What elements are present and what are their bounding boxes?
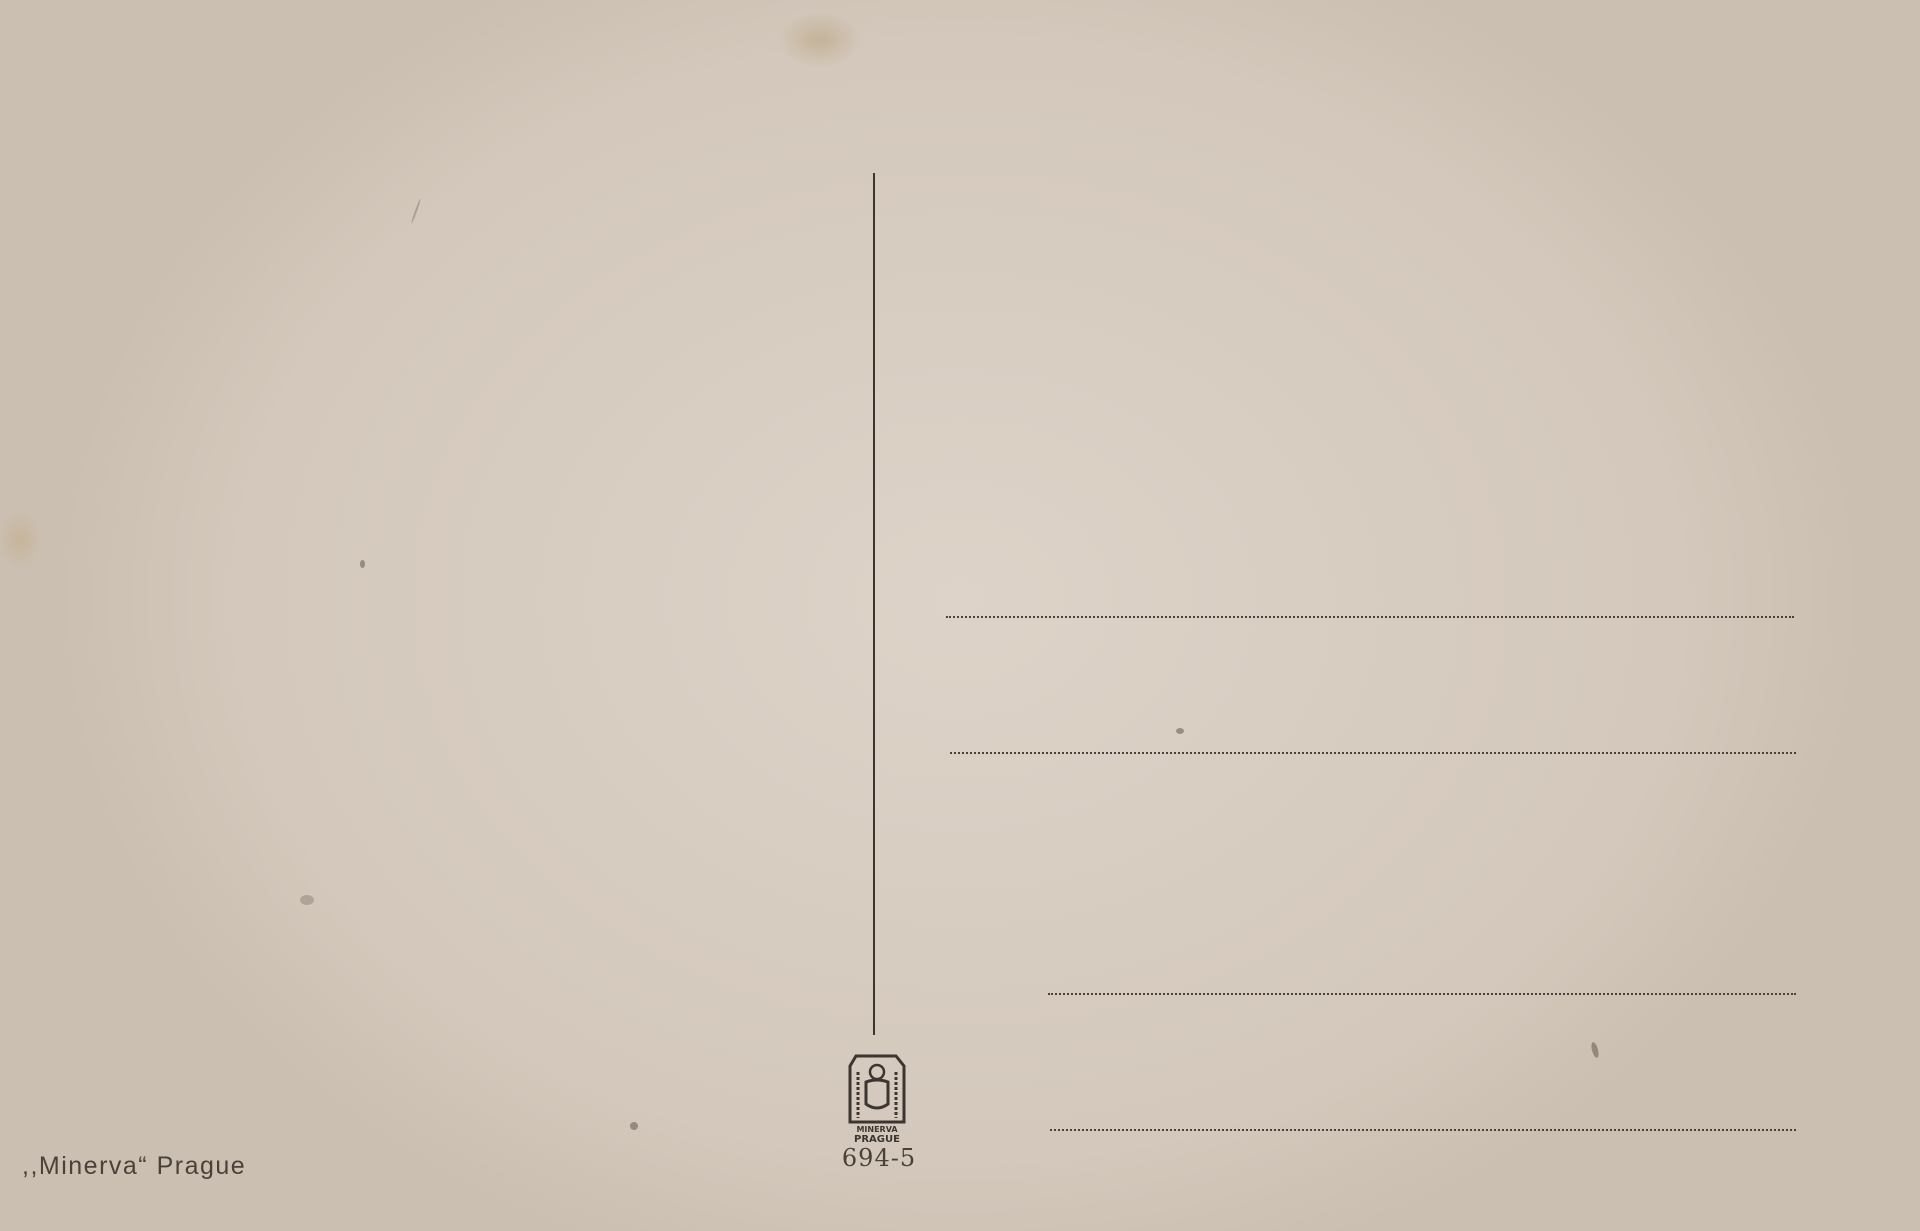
address-line-4 (1050, 1129, 1796, 1131)
paper-speck (1176, 728, 1184, 734)
postcard-back: ,,Minerva“ Prague MINERVA PRAGUE 694-5 (0, 0, 1920, 1231)
card-number: 694-5 (834, 1144, 924, 1172)
paper-speck (360, 560, 365, 568)
address-line-2 (950, 752, 1796, 754)
message-address-divider (873, 173, 875, 1035)
paper-stain (300, 895, 314, 905)
svg-text:MINERVA: MINERVA (856, 1125, 898, 1134)
minerva-prague-emblem-icon: MINERVA PRAGUE (844, 1052, 910, 1144)
paper-speck (1590, 1041, 1600, 1058)
paper-speck (630, 1122, 638, 1130)
address-line-3 (1048, 993, 1796, 995)
publisher-imprint: ,,Minerva“ Prague (22, 1152, 246, 1181)
paper-fiber (411, 198, 422, 223)
svg-text:PRAGUE: PRAGUE (854, 1134, 900, 1144)
address-line-1 (946, 616, 1794, 618)
